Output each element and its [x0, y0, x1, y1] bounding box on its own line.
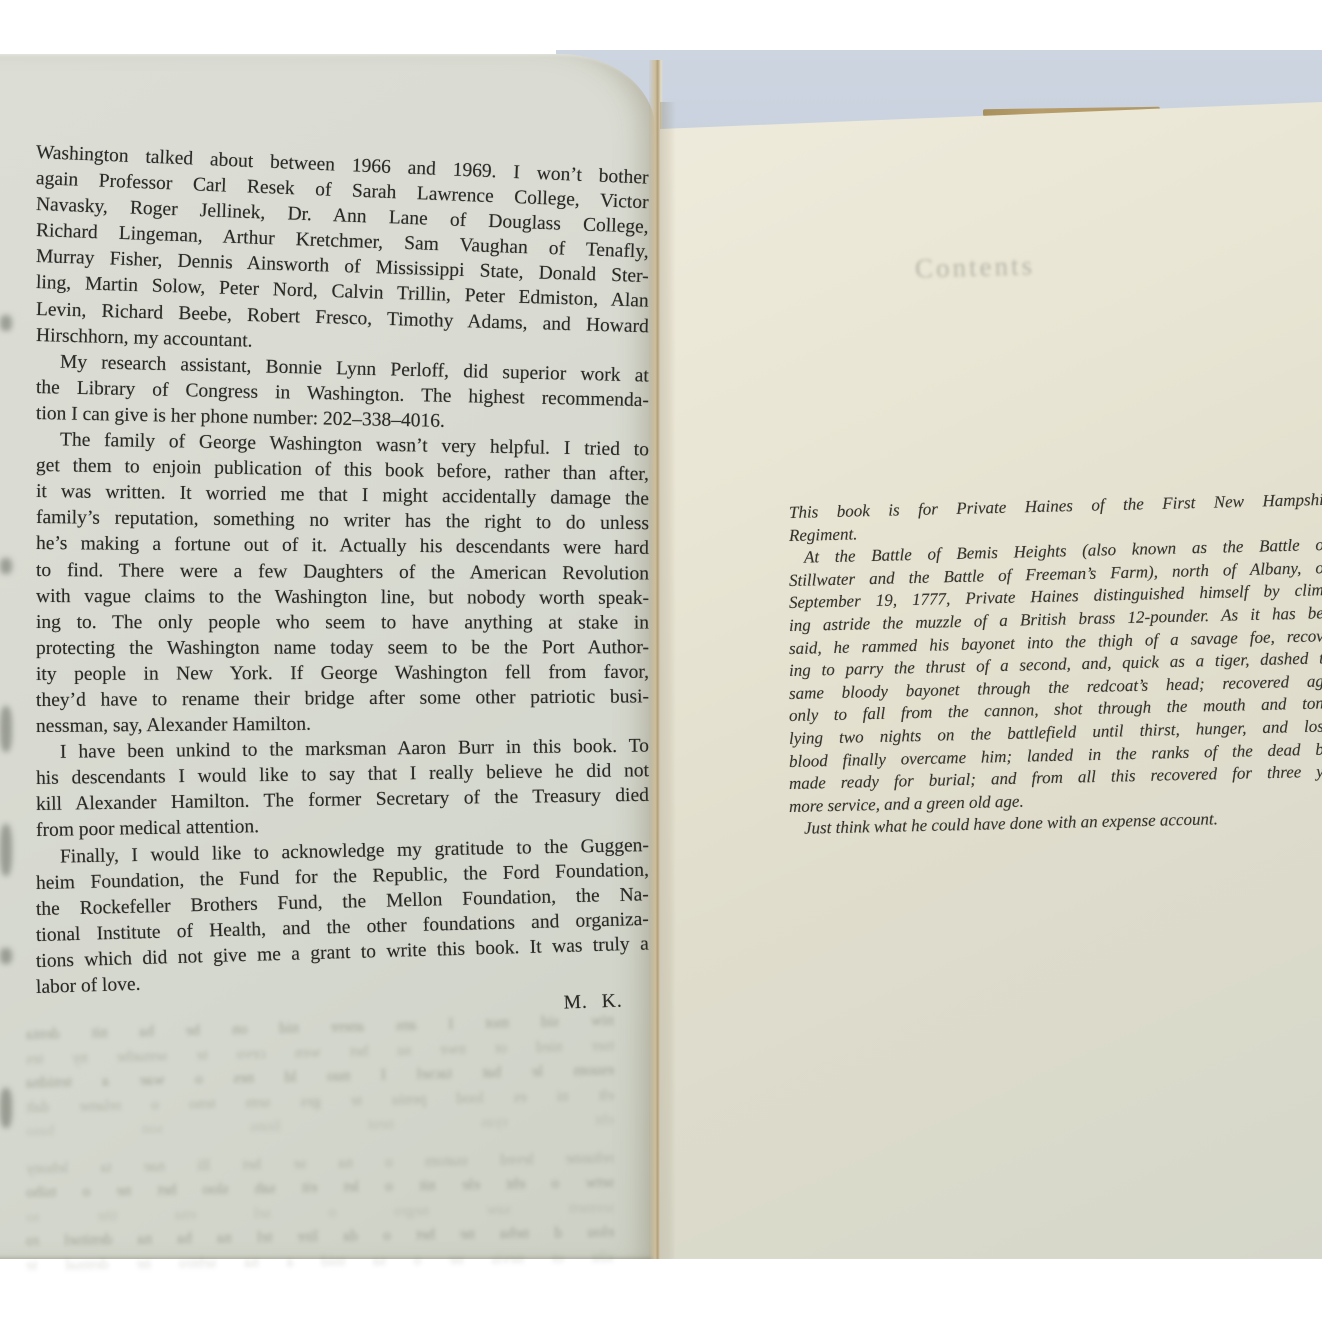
book-photo: Washington talked about between 1966 and… [0, 0, 1322, 1322]
dedication-text: This book is for Private Haines of the F… [789, 502, 1322, 841]
page-edge-smudge [0, 948, 12, 964]
acknowledgment-line: ing to. The only people who seem to have… [36, 610, 649, 637]
acknowledgment-line: ity people in New York. If George Washin… [36, 660, 649, 688]
acknowledgment-line: protecting the Washington name today see… [36, 635, 649, 662]
page-edge-smudge [0, 706, 12, 752]
right-page-gutter-shadow [660, 102, 676, 1259]
acknowledgment-line: with vague claims to the Washington line… [36, 584, 649, 612]
page-edge-smudge [0, 558, 12, 574]
contents-showthrough-title: Contents [915, 250, 1036, 284]
page-showthrough-smudges: niw sid mot I ans anere nid on he ba nit… [26, 1016, 614, 1274]
page-edge-smudge [0, 1088, 12, 1128]
page-edge-smudge [0, 315, 12, 331]
acknowledgment-line: to find. There were a few Daughters of t… [36, 558, 649, 588]
acknowledgments-text: Washington talked about between 1966 and… [36, 140, 649, 1034]
page-edge-smudge [0, 824, 12, 876]
